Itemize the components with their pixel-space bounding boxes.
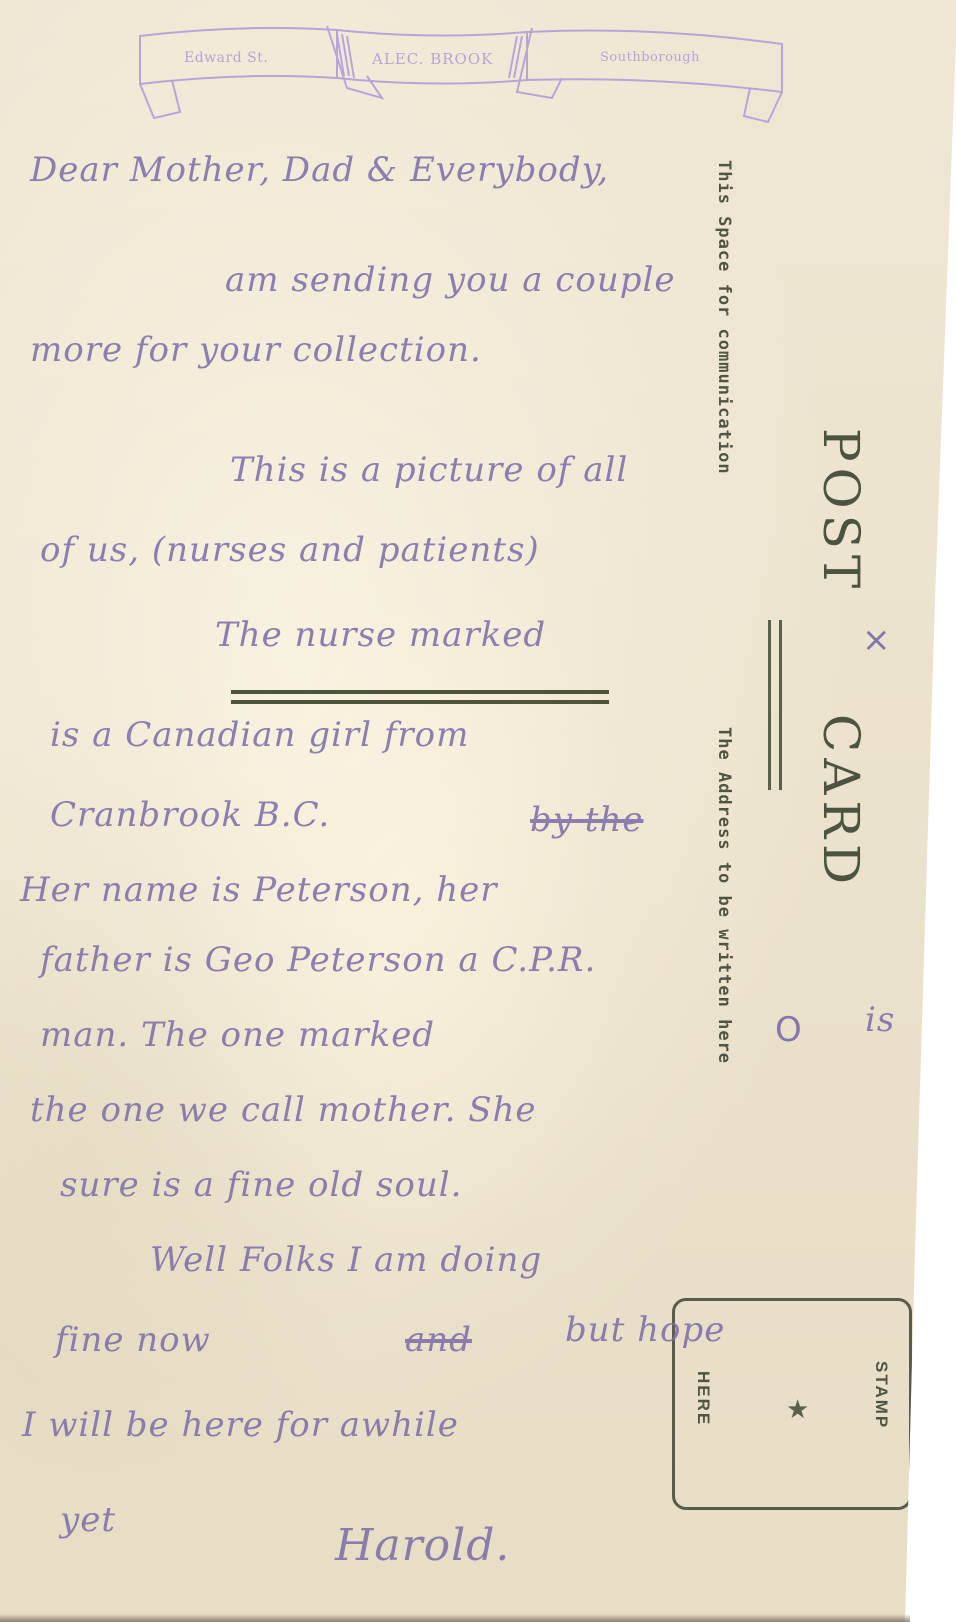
ribbon-scroll-icon [132, 18, 802, 123]
letter-line: man. The one marked [40, 1015, 435, 1055]
vertical-double-rule [768, 620, 782, 790]
address-space-label: The Address to be written here [714, 727, 734, 1064]
stamp-label: STAMP [871, 1361, 891, 1429]
banner-street: Edward St. [184, 50, 268, 66]
letter-line: fine now [55, 1320, 211, 1360]
letter-line: but hope [565, 1310, 725, 1350]
mark-x: × [862, 620, 891, 660]
salutation: Dear Mother, Dad & Everybody, [30, 150, 609, 190]
title-post: POST [812, 428, 870, 594]
letter-line: Cranbrook B.C. [50, 795, 330, 835]
letter-line: I will be here for awhile [22, 1405, 459, 1445]
card-bottom-edge [0, 1614, 910, 1622]
signature: Harold. [335, 1520, 510, 1571]
photographer-stamp-banner: Edward St. ALEC. BROOK Southborough [132, 18, 802, 123]
horizontal-double-rule [231, 690, 609, 704]
letter-line: more for your collection. [30, 330, 482, 370]
banner-photographer: ALEC. BROOK [372, 50, 493, 68]
communication-space-label: This Space for communication [714, 160, 734, 475]
mark-o: O [775, 1010, 802, 1050]
struck-word: and [405, 1320, 472, 1360]
star-icon: ★ [786, 1397, 809, 1423]
postcard-back: Edward St. ALEC. BROOK Southborough This… [0, 0, 956, 1622]
struck-word: by the [530, 800, 643, 840]
here-label: HERE [693, 1371, 713, 1426]
letter-line: is a Canadian girl from [50, 715, 469, 755]
letter-line: father is Geo Peterson a C.P.R. [40, 940, 596, 980]
letter-line: the one we call mother. She [30, 1090, 537, 1130]
letter-line: Well Folks I am doing [150, 1240, 542, 1280]
title-card: CARD [812, 714, 870, 890]
letter-line: of us, (nurses and patients) [40, 530, 540, 570]
letter-line: sure is a fine old soul. [60, 1165, 462, 1205]
letter-line: is [865, 1000, 895, 1040]
banner-town: Southborough [600, 50, 700, 65]
letter-line: The nurse marked [215, 615, 546, 655]
letter-line: This is a picture of all [230, 450, 628, 490]
letter-line: am sending you a couple [225, 260, 676, 300]
letter-line: Her name is Peterson, her [20, 870, 498, 910]
letter-line: yet [60, 1500, 116, 1540]
